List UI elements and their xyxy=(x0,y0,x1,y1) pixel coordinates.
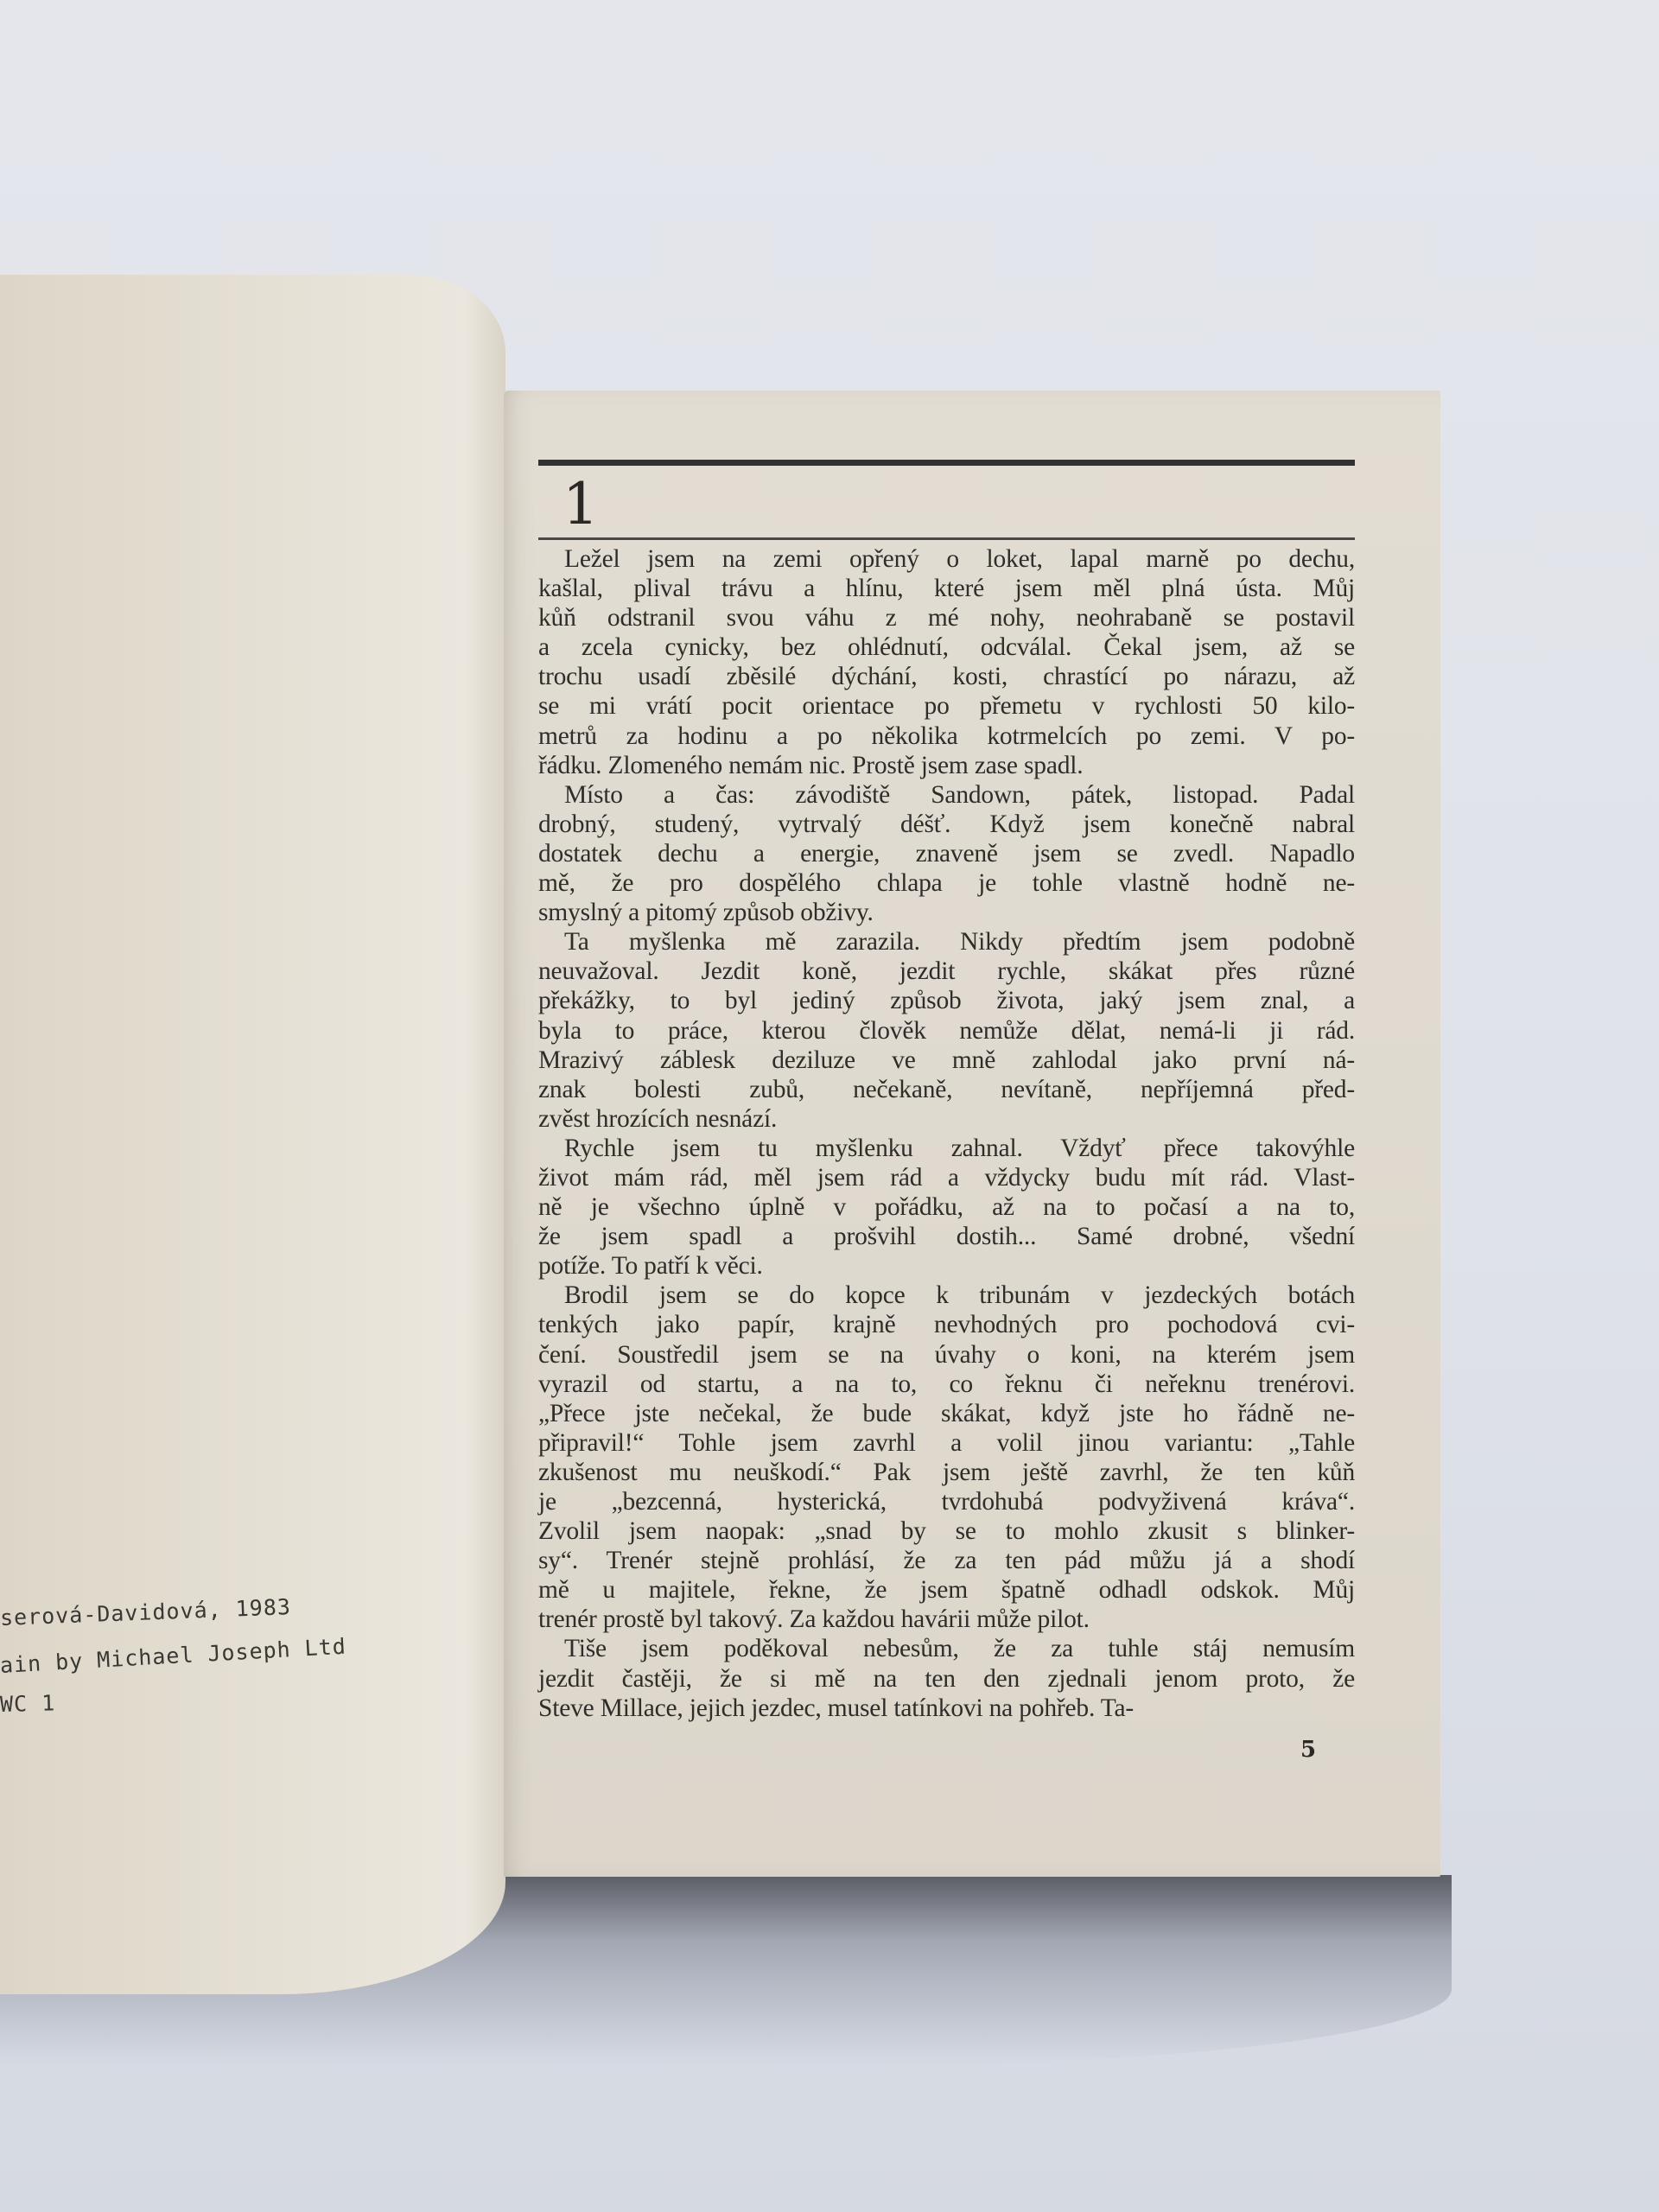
text-line: smyslný a pitomý způsob obživy. xyxy=(538,898,1355,927)
text-line: „Přece jste nečekal, že bude skákat, kdy… xyxy=(538,1399,1355,1428)
text-line: znak bolesti zubů, nečekaně, nevítaně, n… xyxy=(538,1075,1355,1104)
text-line: Brodil jsem se do kopce k tribunám v jez… xyxy=(538,1281,1355,1310)
text-line: zkušenost mu neuškodí.“ Pak jsem ještě z… xyxy=(538,1458,1355,1487)
paragraph: Místo a čas: závodiště Sandown, pátek, l… xyxy=(538,780,1355,927)
text-line: Tiše jsem poděkoval nebesům, že za tuhle… xyxy=(538,1634,1355,1663)
text-line: trenér prostě byl takový. Za každou havá… xyxy=(538,1605,1355,1634)
text-line: Místo a čas: závodiště Sandown, pátek, l… xyxy=(538,780,1355,810)
text-line: kašlal, plival trávu a hlínu, které jsem… xyxy=(538,574,1355,603)
paragraph: Ležel jsem na zemi opřený o loket, lapal… xyxy=(538,544,1355,780)
text-line: mě u majitele, řekne, že jsem špatně odh… xyxy=(538,1575,1355,1605)
right-page: 1 Ležel jsem na zemi opřený o loket, lap… xyxy=(504,391,1440,1877)
text-line: zvěst hrozících nesnází. xyxy=(538,1104,1355,1134)
text-line: Rychle jsem tu myšlenku zahnal. Vždyť př… xyxy=(538,1134,1355,1163)
text-line: Ležel jsem na zemi opřený o loket, lapal… xyxy=(538,544,1355,574)
text-line: je „bezcenná, hysterická, tvrdohubá podv… xyxy=(538,1487,1355,1516)
text-line: Steve Millace, jejich jezdec, musel tatí… xyxy=(538,1694,1355,1723)
page-number: 5 xyxy=(1300,1737,1316,1763)
text-line: dostatek dechu a energie, znaveně jsem s… xyxy=(538,839,1355,868)
text-line: sy“. Trenér stejně prohlásí, že za ten p… xyxy=(538,1546,1355,1575)
text-line: překážky, to byl jediný způsob života, j… xyxy=(538,986,1355,1015)
paragraph: Tiše jsem poděkoval nebesům, že za tuhle… xyxy=(538,1634,1355,1722)
chapter-number: 1 xyxy=(563,470,599,539)
paragraph: Rychle jsem tu myšlenku zahnal. Vždyť př… xyxy=(538,1134,1355,1281)
text-line: se mi vrátí pocit orientace po přemetu v… xyxy=(538,691,1355,721)
chapter-rule-top xyxy=(538,460,1355,466)
text-line: a zcela cynicky, bez ohlédnutí, odcválal… xyxy=(538,632,1355,662)
copyright-line-publisher: ain by Michael Joseph Ltd xyxy=(0,1634,346,1678)
text-line: potíže. To patří k věci. xyxy=(538,1251,1355,1281)
text-line: život mám rád, měl jsem rád a vždycky bu… xyxy=(538,1163,1355,1192)
text-line: ně je všechno úplně v pořádku, až na to … xyxy=(538,1192,1355,1222)
text-line: řádku. Zlomeného nemám nic. Prostě jsem … xyxy=(538,751,1355,780)
text-line: vyrazil od startu, a na to, co řeknu či … xyxy=(538,1370,1355,1399)
copyright-line-translator: serová-Davidová, 1983 xyxy=(0,1594,291,1630)
text-line: trochu usadí zběsilé dýchání, kosti, chr… xyxy=(538,662,1355,691)
text-line: že jsem spadl a prošvihl dostih... Samé … xyxy=(538,1222,1355,1251)
text-line: jezdit častěji, že si mě na ten den zjed… xyxy=(538,1664,1355,1694)
chapter-body-text: Ležel jsem na zemi opřený o loket, lapal… xyxy=(538,544,1355,1723)
paragraph: Brodil jsem se do kopce k tribunám v jez… xyxy=(538,1281,1355,1634)
copyright-line-address: WC 1 xyxy=(0,1690,56,1717)
text-line: drobný, studený, vytrvalý déšť. Když jse… xyxy=(538,810,1355,839)
text-line: Zvolil jsem naopak: „snad by se to mohlo… xyxy=(538,1516,1355,1546)
text-line: mě, že pro dospělého chlapa je tohle vla… xyxy=(538,868,1355,898)
text-line: metrů za hodinu a po několika kotrmelcíc… xyxy=(538,721,1355,751)
text-line: Ta myšlenka mě zarazila. Nikdy předtím j… xyxy=(538,927,1355,957)
text-line: byla to práce, kterou člověk nemůže děla… xyxy=(538,1016,1355,1046)
paragraph: Ta myšlenka mě zarazila. Nikdy předtím j… xyxy=(538,927,1355,1134)
left-page: serová-Davidová, 1983 ain by Michael Jos… xyxy=(0,275,505,1994)
chapter-rule-bottom xyxy=(538,537,1355,540)
text-line: neuvažoval. Jezdit koně, jezdit rychle, … xyxy=(538,957,1355,986)
text-line: kůň odstranil svou váhu z mé nohy, neohr… xyxy=(538,603,1355,632)
text-line: Mrazivý záblesk deziluze ve mně zahlodal… xyxy=(538,1046,1355,1075)
text-line: čení. Soustředil jsem se na úvahy o koni… xyxy=(538,1340,1355,1370)
text-line: připravil!“ Tohle jsem zavrhl a volil ji… xyxy=(538,1428,1355,1458)
text-line: tenkých jako papír, krajně nevhodných pr… xyxy=(538,1310,1355,1339)
